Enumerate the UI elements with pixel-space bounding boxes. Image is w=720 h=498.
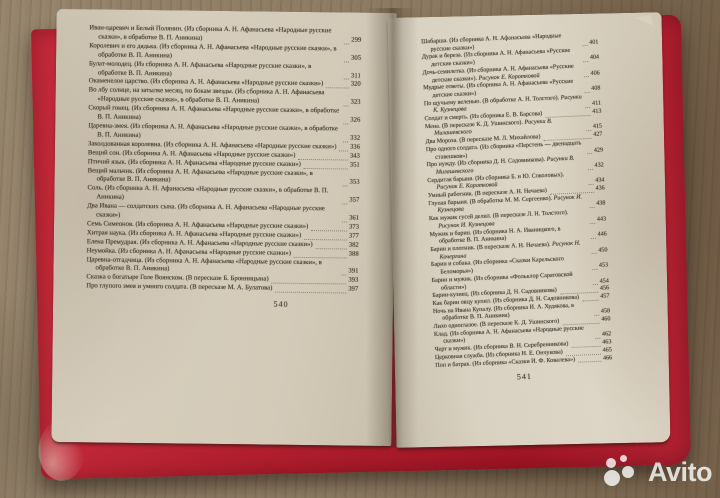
toc-entry-page: 336: [350, 143, 360, 152]
toc-entry-page: 332: [350, 134, 360, 143]
dot-leader: [275, 292, 346, 294]
dot-leader: [588, 169, 593, 170]
toc-entry-page: 429: [594, 147, 603, 155]
dot-leader: [586, 130, 591, 131]
toc-entry-page: 299: [351, 36, 361, 45]
dot-leader: [594, 315, 599, 316]
toc-entry-page: 457: [600, 293, 609, 301]
toc-entry-page: 323: [350, 99, 360, 108]
toc-entry-page: 353: [349, 179, 359, 188]
toc-entry-page: 377: [349, 232, 359, 241]
dot-leader: [585, 107, 590, 108]
dot-leader: [590, 222, 595, 223]
dot-leader: [588, 184, 593, 185]
dot-leader: [344, 43, 349, 44]
dot-leader: [595, 338, 600, 339]
toc-entry-page: 432: [594, 162, 603, 170]
dot-leader: [343, 106, 348, 107]
avito-logo-icon: [604, 455, 642, 490]
dot-leader: [344, 79, 349, 80]
dot-leader: [343, 141, 348, 142]
toc-entry-page: 343: [350, 152, 360, 161]
page-number-right: 541: [436, 369, 613, 384]
toc-entry-page: 453: [599, 262, 608, 270]
book-page-left: Иван-царевич и Белый Полянин. (Из сборни…: [51, 9, 396, 446]
toc-entry-page: 382: [349, 241, 359, 250]
dot-leader: [341, 275, 346, 276]
toc-entry-page: 320: [351, 81, 361, 90]
dot-leader: [589, 207, 594, 208]
toc-right-entries: Шабарша. (Из сборника А. Н. Афанасьева «…: [421, 32, 612, 371]
toc-left-entries: Иван-царевич и Белый Полянин. (Из сборни…: [86, 24, 361, 294]
dot-leader: [342, 221, 347, 222]
toc-entry-page: 393: [348, 277, 358, 286]
toc-entry-page: 305: [351, 54, 361, 63]
toc-entry-page: 397: [348, 286, 358, 295]
book-photo: Иван-царевич и Белый Полянин. (Из сборни…: [0, 0, 720, 498]
toc-entry-page: 427: [593, 132, 602, 140]
toc-entry-page: 406: [590, 70, 599, 78]
toc-entry-page: 408: [591, 85, 600, 93]
toc-right-column: Шабарша. (Из сборника А. Н. Афанасьева «…: [421, 32, 613, 385]
dot-leader: [584, 92, 589, 93]
toc-entry-page: 357: [349, 197, 359, 206]
toc-entry-page: 404: [590, 55, 599, 63]
dot-leader: [578, 361, 601, 363]
toc-entry-title: Про глупого змея и умного солдата. (В пе…: [86, 283, 272, 294]
avito-watermark: Avito: [604, 455, 712, 490]
toc-entry-page: 401: [589, 39, 598, 47]
toc-entry-page: 413: [592, 109, 601, 117]
toc-entry-page: 460: [601, 316, 610, 324]
toc-entry-page: 466: [603, 355, 612, 363]
toc-entry-page: 436: [596, 185, 605, 193]
dot-leader: [339, 150, 347, 151]
toc-entry-page: 443: [597, 216, 606, 224]
dot-leader: [582, 45, 587, 46]
toc-entry-page: 351: [350, 161, 360, 170]
toc-entry-page: 373: [349, 223, 359, 232]
avito-watermark-text: Avito: [648, 457, 712, 488]
dot-leader: [593, 284, 598, 285]
dot-leader: [583, 61, 588, 62]
toc-entry-page: 326: [350, 117, 360, 126]
dot-leader: [342, 204, 347, 205]
toc-left-column: Иван-царевич и Белый Полянин. (Из сборни…: [86, 24, 361, 310]
toc-entry-page: 311: [351, 72, 361, 81]
toc-entry-page: 438: [596, 201, 605, 209]
toc-entry-page: 361: [349, 215, 359, 224]
toc-entry-page: 388: [349, 250, 359, 259]
dot-leader: [587, 153, 592, 154]
dot-leader: [342, 186, 347, 187]
dot-leader: [343, 123, 348, 124]
toc-entry-page: 391: [348, 268, 358, 277]
dot-leader: [584, 76, 589, 77]
toc-entry-page: 446: [598, 232, 607, 240]
toc-entry-page: 450: [598, 247, 607, 255]
dot-leader: [591, 238, 596, 239]
dot-leader: [344, 61, 349, 62]
book-page-right: Шабарша. (Из сборника А. Н. Афанасьева «…: [388, 12, 671, 448]
page-number-left: 540: [86, 299, 358, 311]
